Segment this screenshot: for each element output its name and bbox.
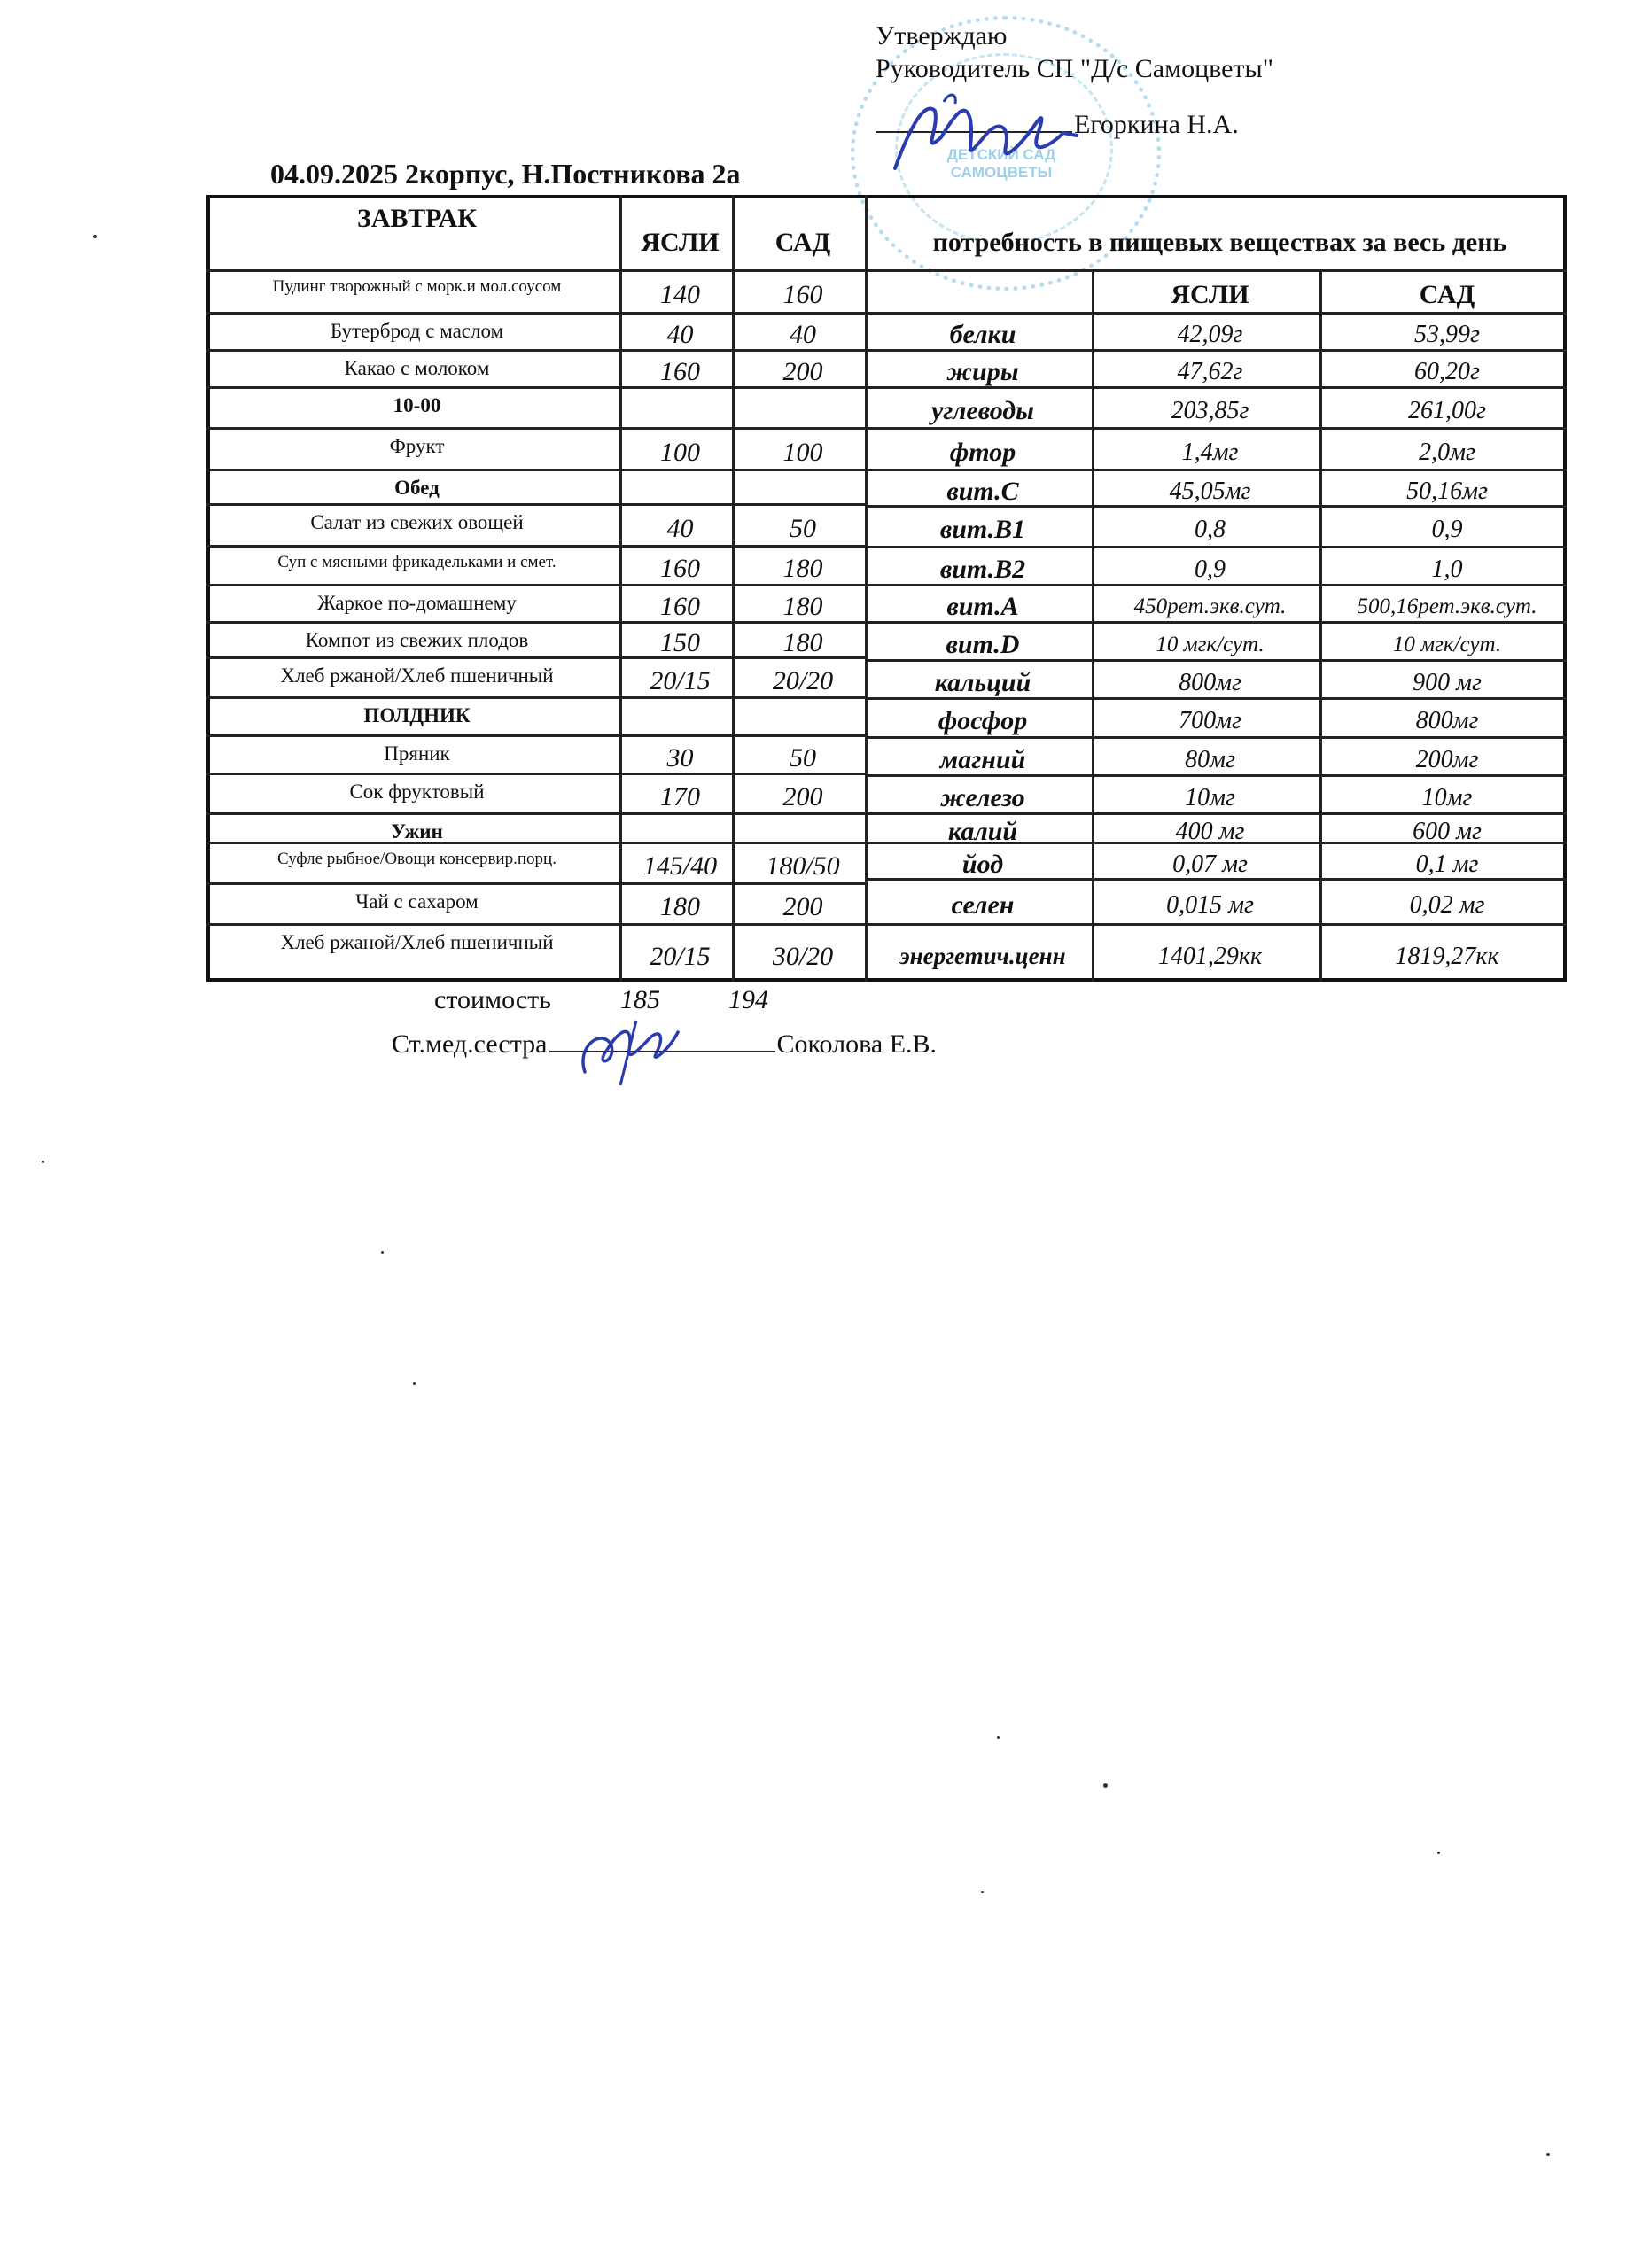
menu-item-kindergarten-portion: 50 — [736, 508, 869, 549]
menu-item-kindergarten-portion: 200 — [736, 887, 869, 928]
table-row-divider — [206, 584, 866, 586]
nutrients-header-kindergarten: САД — [1324, 274, 1570, 316]
scan-speck — [981, 1891, 984, 1893]
scan-speck — [1546, 2153, 1550, 2156]
nutrient-nursery-value: 10 мгк/сут. — [1096, 625, 1324, 664]
nutrient-nursery-value: 0,07 мг — [1096, 846, 1324, 882]
table-row-divider — [866, 736, 1567, 739]
nutrient-nursery-value: 47,62г — [1096, 353, 1324, 391]
nutrient-kindergarten-value: 200мг — [1324, 741, 1570, 779]
table-row-divider — [866, 697, 1567, 700]
table-row-divider — [866, 546, 1567, 548]
menu-item-nursery-portion: 30 — [624, 739, 736, 777]
scan-speck — [42, 1161, 44, 1163]
table-row-divider — [206, 923, 866, 926]
menu-item-name: ПОЛДНИК — [210, 701, 624, 739]
table-row-divider — [206, 773, 866, 775]
menu-item-kindergarten-portion: 160 — [736, 274, 869, 316]
approval-position: Руководитель СП "Д/с Самоцветы" — [876, 52, 1273, 85]
menu-item-nursery-portion — [624, 391, 736, 431]
menu-item-name: Хлеб ржаной/Хлеб пшеничный — [210, 928, 624, 985]
nutrient-name: кальций — [869, 664, 1096, 702]
table-row-divider — [866, 774, 1567, 777]
page-title: 04.09.2025 2корпус, Н.Постникова 2а — [270, 158, 741, 190]
menu-item-name: Сок фруктовый — [210, 777, 624, 817]
table-col-divider — [865, 195, 868, 982]
nutrient-nursery-value: 45,05мг — [1096, 473, 1324, 509]
menu-item-name: Салат из свежих овощей — [210, 508, 624, 549]
cost-label: стоимость — [434, 985, 551, 1015]
nurse-label: Ст.мед.сестра — [392, 1029, 548, 1059]
nutrient-nursery-value: 42,09г — [1096, 316, 1324, 353]
nutrient-nursery-value: 0,015 мг — [1096, 882, 1324, 928]
menu-item-kindergarten-portion: 180 — [736, 549, 869, 588]
header-meal: ЗАВТРАК — [210, 198, 624, 274]
nutrient-name: жиры — [869, 353, 1096, 391]
nutrient-name: вит.В2 — [869, 550, 1096, 588]
menu-item-name: Пудинг творожный с морк.и мол.соусом — [210, 274, 624, 316]
scan-speck — [1103, 1783, 1108, 1788]
nutrient-kindergarten-value: 800мг — [1324, 702, 1570, 741]
nutrient-name: вит.С — [869, 473, 1096, 509]
menu-item-nursery-portion: 170 — [624, 777, 736, 817]
table-row-divider — [206, 812, 866, 815]
table-row-divider — [206, 621, 866, 624]
table-row-divider — [206, 696, 866, 699]
nutrient-name: углеводы — [869, 391, 1096, 431]
menu-item-nursery-portion: 20/15 — [624, 661, 736, 701]
cost-nursery: 185 — [620, 985, 660, 1015]
menu-item-kindergarten-portion: 50 — [736, 739, 869, 777]
nutrient-name: вит.D — [869, 625, 1096, 664]
table-row-divider — [206, 842, 866, 844]
nutrient-kindergarten-value: 60,20г — [1324, 353, 1570, 391]
menu-item-kindergarten-portion: 180/50 — [736, 846, 869, 887]
table-row-divider — [206, 312, 866, 315]
table-row-divider — [866, 584, 1567, 586]
nutrient-kindergarten-value: 500,16рет.экв.сут. — [1324, 588, 1570, 625]
nutrient-kindergarten-value: 0,02 мг — [1324, 882, 1570, 928]
table-row-divider — [206, 882, 866, 885]
table-row-divider — [866, 923, 1567, 926]
header-nursery: ЯСЛИ — [624, 198, 736, 274]
nutrient-name: энергетич.ценн — [869, 928, 1096, 985]
nutrient-kindergarten-value: 261,00г — [1324, 391, 1570, 431]
table-row-divider — [866, 427, 1567, 430]
menu-item-name: Бутерброд с маслом — [210, 316, 624, 353]
scan-speck — [1437, 1852, 1440, 1854]
menu-item-kindergarten-portion: 30/20 — [736, 928, 869, 985]
header-nutrients-title: потребность в пищевых веществах за весь … — [869, 198, 1570, 274]
nutrient-name: магний — [869, 741, 1096, 779]
scan-speck — [381, 1251, 384, 1254]
table-row-divider — [866, 842, 1567, 844]
table-col-divider — [732, 195, 735, 982]
approval-signer-line: Егоркина Н.А. — [876, 108, 1273, 141]
menu-item-nursery-portion: 40 — [624, 508, 736, 549]
nurse-name: Соколова Е.В. — [777, 1029, 938, 1059]
nutrient-nursery-value: 10мг — [1096, 779, 1324, 817]
nutrient-kindergarten-value: 0,1 мг — [1324, 846, 1570, 882]
nutrient-name: железо — [869, 779, 1096, 817]
nutrient-kindergarten-value: 2,0мг — [1324, 431, 1570, 473]
menu-item-nursery-portion: 100 — [624, 431, 736, 473]
menu-item-nursery-portion: 160 — [624, 353, 736, 391]
table-row-divider — [866, 349, 1567, 352]
table-row-divider — [206, 269, 1567, 272]
menu-item-nursery-portion: 20/15 — [624, 928, 736, 985]
nutrient-nursery-value: 0,9 — [1096, 550, 1324, 588]
nutrient-kindergarten-value: 53,99г — [1324, 316, 1570, 353]
menu-item-kindergarten-portion: 100 — [736, 431, 869, 473]
menu-item-nursery-portion: 140 — [624, 274, 736, 316]
menu-item-name: Хлеб ржаной/Хлеб пшеничный — [210, 661, 624, 701]
menu-item-name: Какао с молоком — [210, 353, 624, 391]
menu-item-name: Суп с мясными фрикадельками и смет. — [210, 549, 624, 588]
nutrient-kindergarten-value: 0,9 — [1324, 509, 1570, 550]
table-row-divider — [206, 734, 866, 737]
nutrient-kindergarten-value: 900 мг — [1324, 664, 1570, 702]
nutrient-nursery-value: 800мг — [1096, 664, 1324, 702]
menu-item-kindergarten-portion: 180 — [736, 588, 869, 625]
table-row-divider — [866, 659, 1567, 662]
menu-item-name: Жаркое по-домашнему — [210, 588, 624, 625]
menu-item-nursery-portion: 40 — [624, 316, 736, 353]
signature-line — [549, 1029, 775, 1052]
table-col-divider — [1319, 270, 1322, 982]
menu-item-kindergarten-portion: 200 — [736, 777, 869, 817]
menu-item-nursery-portion: 150 — [624, 625, 736, 661]
menu-item-nursery-portion: 145/40 — [624, 846, 736, 887]
table-row-divider — [206, 349, 866, 352]
nutrient-name: белки — [869, 316, 1096, 353]
table-row-divider — [866, 878, 1567, 881]
scan-speck — [413, 1382, 416, 1385]
table-col-divider — [619, 195, 622, 982]
scan-speck — [93, 235, 97, 238]
table-row-divider — [866, 621, 1567, 624]
table-row-divider — [206, 656, 866, 659]
table-col-divider — [1092, 270, 1094, 982]
header-kindergarten: САД — [736, 198, 869, 274]
signature-line — [876, 108, 1072, 133]
scan-speck — [997, 1736, 1000, 1739]
nutrients-header-nursery: ЯСЛИ — [1096, 274, 1324, 316]
menu-item-name: Фрукт — [210, 431, 624, 473]
approval-signer-name: Егоркина Н.А. — [1074, 110, 1239, 139]
nutrient-name: вит.В1 — [869, 509, 1096, 550]
menu-item-nursery-portion: 160 — [624, 588, 736, 625]
nutrient-nursery-value: 1401,29кк — [1096, 928, 1324, 985]
nutrient-name: фосфор — [869, 702, 1096, 741]
menu-item-nursery-portion — [624, 701, 736, 739]
nutrient-name: селен — [869, 882, 1096, 928]
table-row-divider — [206, 469, 866, 471]
nutrient-nursery-value: 1,4мг — [1096, 431, 1324, 473]
nutrient-name: йод — [869, 846, 1096, 882]
table-row-divider — [206, 427, 866, 430]
menu-item-kindergarten-portion — [736, 391, 869, 431]
table-row-divider — [206, 545, 866, 548]
cost-kindergarten: 194 — [728, 985, 768, 1015]
nutrient-nursery-value: 0,8 — [1096, 509, 1324, 550]
menu-item-kindergarten-portion — [736, 701, 869, 739]
menu-item-name: 10-00 — [210, 391, 624, 431]
nutrient-nursery-value: 450рет.экв.сут. — [1096, 588, 1324, 625]
table-row-divider — [206, 386, 866, 389]
nutrient-kindergarten-value: 10 мгк/сут. — [1324, 625, 1570, 664]
nutrient-kindergarten-value: 1819,27кк — [1324, 928, 1570, 985]
approval-heading: Утверждаю — [876, 19, 1273, 52]
table-row-divider — [866, 505, 1567, 508]
table-row-divider — [866, 312, 1567, 315]
table-row-divider — [866, 812, 1567, 815]
table-row-divider — [866, 469, 1567, 471]
menu-item-kindergarten-portion: 200 — [736, 353, 869, 391]
menu-item-nursery-portion: 180 — [624, 887, 736, 928]
approval-block: Утверждаю Руководитель СП "Д/с Самоцветы… — [876, 19, 1273, 141]
menu-item-name: Компот из свежих плодов — [210, 625, 624, 661]
nutrient-nursery-value: 700мг — [1096, 702, 1324, 741]
menu-item-kindergarten-portion: 40 — [736, 316, 869, 353]
nutrient-kindergarten-value: 50,16мг — [1324, 473, 1570, 509]
menu-item-name: Чай с сахаром — [210, 887, 624, 928]
nurse-signature-line: Ст.мед.сестраСоколова Е.В. — [392, 1029, 937, 1060]
nutrient-nursery-value: 80мг — [1096, 741, 1324, 779]
menu-item-nursery-portion: 160 — [624, 549, 736, 588]
stamp-text: ДЕТСКИЙ САД САМОЦВЕТЫ — [913, 146, 1090, 182]
menu-item-kindergarten-portion: 180 — [736, 625, 869, 661]
menu-item-name: Суфле рыбное/Овощи консервир.порц. — [210, 846, 624, 887]
nutrient-kindergarten-value: 1,0 — [1324, 550, 1570, 588]
nutrient-kindergarten-value: 10мг — [1324, 779, 1570, 817]
nutrient-name: фтор — [869, 431, 1096, 473]
nutrient-nursery-value: 203,85г — [1096, 391, 1324, 431]
nutrient-name: вит.А — [869, 588, 1096, 625]
menu-item-name: Пряник — [210, 739, 624, 777]
table-row-divider — [206, 503, 866, 506]
menu-table: ЗАВТРАКЯСЛИСАДпотребность в пищевых веще… — [206, 195, 1567, 982]
menu-item-kindergarten-portion: 20/20 — [736, 661, 869, 701]
table-row-divider — [866, 386, 1567, 389]
